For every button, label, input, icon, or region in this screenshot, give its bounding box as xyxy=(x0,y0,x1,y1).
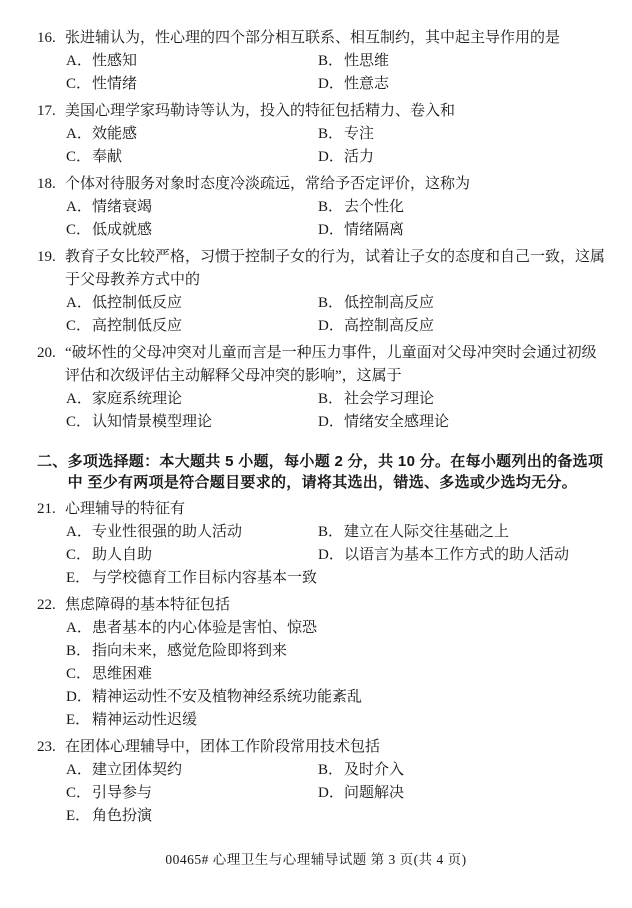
option-18-c: C．低成就感 xyxy=(66,219,318,242)
option-23-c: C．引导参与 xyxy=(66,782,318,805)
question-20: 20. “破坏性的父母冲突对儿童而言是一种压力事件，儿童面对父母冲突时会通过初级… xyxy=(37,342,607,434)
option-text: 情绪安全感理论 xyxy=(344,411,607,434)
question-number: 16. xyxy=(37,27,65,50)
page-footer: 00465# 心理卫生与心理辅导试题 第 3 页(共 4 页) xyxy=(0,848,632,868)
option-18-a: A．情绪衰竭 xyxy=(66,196,318,219)
options-list: A．患者基本的内心体验是害怕、惊恐 B．指向未来，感觉危险即将到来 C．思维困难… xyxy=(66,617,607,732)
option-22-b: B．指向未来，感觉危险即将到来 xyxy=(66,640,607,663)
option-text: 及时介入 xyxy=(344,759,607,782)
option-text: 专注 xyxy=(344,123,607,146)
option-text: 建立在人际交往基础之上 xyxy=(344,521,607,544)
option-label: B． xyxy=(318,759,344,782)
option-text: 高控制高反应 xyxy=(344,315,607,338)
question-number: 23. xyxy=(37,736,65,759)
options-list: A．情绪衰竭 B．去个性化 C．低成就感 D．情绪隔离 xyxy=(66,196,607,242)
option-label: A． xyxy=(66,123,92,146)
option-text: 精神运动性不安及植物神经系统功能紊乱 xyxy=(92,686,607,709)
option-21-d: D．以语言为基本工作方式的助人活动 xyxy=(318,544,607,567)
options-list: A．低控制低反应 B．低控制高反应 C．高控制低反应 D．高控制高反应 xyxy=(66,292,607,338)
option-21-b: B．建立在人际交往基础之上 xyxy=(318,521,607,544)
option-label: D． xyxy=(66,686,92,709)
options-list: A．家庭系统理论 B．社会学习理论 C．认知情景模型理论 D．情绪安全感理论 xyxy=(66,388,607,434)
option-23-b: B．及时介入 xyxy=(318,759,607,782)
option-21-c: C．助人自助 xyxy=(66,544,318,567)
option-text: 专业性很强的助人活动 xyxy=(92,521,318,544)
option-label: B． xyxy=(318,123,344,146)
question-23: 23. 在团体心理辅导中，团体工作阶段常用技术包括 A．建立团体契约 B．及时介… xyxy=(37,736,607,828)
question-stem: 19. 教育子女比较严格，习惯于控制子女的行为，试着让子女的态度和自己一致，这属… xyxy=(37,246,607,292)
option-text: 建立团体契约 xyxy=(92,759,318,782)
option-label: D． xyxy=(318,146,344,169)
exam-page: 16. 张进辅认为，性心理的四个部分相互联系、相互制约，其中起主导作用的是 A．… xyxy=(0,0,632,908)
question-21: 21. 心理辅导的特征有 A．专业性很强的助人活动 B．建立在人际交往基础之上 … xyxy=(37,498,607,590)
option-label: E． xyxy=(66,805,92,828)
question-text: 美国心理学家玛勒诗等认为，投入的特征包括精力、卷入和 xyxy=(65,100,607,123)
option-label: D． xyxy=(318,219,344,242)
option-22-a: A．患者基本的内心体验是害怕、惊恐 xyxy=(66,617,607,640)
question-number: 18. xyxy=(37,173,65,196)
option-17-b: B．专注 xyxy=(318,123,607,146)
option-label: A． xyxy=(66,292,92,315)
option-23-a: A．建立团体契约 xyxy=(66,759,318,782)
question-stem: 16. 张进辅认为，性心理的四个部分相互联系、相互制约，其中起主导作用的是 xyxy=(37,27,607,50)
option-text: 助人自助 xyxy=(92,544,318,567)
option-18-d: D．情绪隔离 xyxy=(318,219,607,242)
option-text: 活力 xyxy=(344,146,607,169)
question-stem: 23. 在团体心理辅导中，团体工作阶段常用技术包括 xyxy=(37,736,607,759)
options-list: A．专业性很强的助人活动 B．建立在人际交往基础之上 C．助人自助 D．以语言为… xyxy=(66,521,607,590)
option-text: 角色扮演 xyxy=(92,805,607,828)
option-20-c: C．认知情景模型理论 xyxy=(66,411,318,434)
question-text: 教育子女比较严格，习惯于控制子女的行为，试着让子女的态度和自己一致，这属于父母教… xyxy=(65,246,607,292)
option-16-b: B．性思维 xyxy=(318,50,607,73)
option-label: D． xyxy=(318,782,344,805)
question-number: 17. xyxy=(37,100,65,123)
option-label: E． xyxy=(66,567,92,590)
question-text: 心理辅导的特征有 xyxy=(65,498,607,521)
option-16-c: C．性情绪 xyxy=(66,73,318,96)
section-instructions-line2: 至少有两项是符合题目要求的，请将其选出，错选、多选或少选均无分。 xyxy=(87,474,577,491)
option-16-d: D．性意志 xyxy=(318,73,607,96)
option-text: 社会学习理论 xyxy=(344,388,607,411)
option-label: B． xyxy=(318,196,344,219)
option-label: B． xyxy=(66,640,92,663)
option-text: 性意志 xyxy=(344,73,607,96)
option-label: B． xyxy=(318,388,344,411)
option-23-d: D．问题解决 xyxy=(318,782,607,805)
option-label: B． xyxy=(318,292,344,315)
option-label: C． xyxy=(66,544,92,567)
option-19-c: C．高控制低反应 xyxy=(66,315,318,338)
option-label: E． xyxy=(66,709,92,732)
option-text: 指向未来，感觉危险即将到来 xyxy=(92,640,607,663)
question-text: 在团体心理辅导中，团体工作阶段常用技术包括 xyxy=(65,736,607,759)
option-label: A． xyxy=(66,617,92,640)
section-2-heading: 二、 多项选择题：本大题共 5 小题，每小题 2 分，共 10 分。在每小题列出… xyxy=(37,451,607,493)
option-text: 效能感 xyxy=(92,123,318,146)
option-text: 高控制低反应 xyxy=(92,315,318,338)
option-text: 以语言为基本工作方式的助人活动 xyxy=(344,544,607,567)
question-16: 16. 张进辅认为，性心理的四个部分相互联系、相互制约，其中起主导作用的是 A．… xyxy=(37,27,607,96)
option-21-e: E．与学校德育工作目标内容基本一致 xyxy=(66,567,607,590)
question-stem: 18. 个体对待服务对象时态度冷淡疏远，常给予否定评价，这称为 xyxy=(37,173,607,196)
question-number: 21. xyxy=(37,498,65,521)
option-text: 性思维 xyxy=(344,50,607,73)
option-18-b: B．去个性化 xyxy=(318,196,607,219)
option-22-d: D．精神运动性不安及植物神经系统功能紊乱 xyxy=(66,686,607,709)
options-list: A．性感知 B．性思维 C．性情绪 D．性意志 xyxy=(66,50,607,96)
option-label: A． xyxy=(66,50,92,73)
option-text: 去个性化 xyxy=(344,196,607,219)
option-text: 认知情景模型理论 xyxy=(92,411,318,434)
option-20-b: B．社会学习理论 xyxy=(318,388,607,411)
question-text: 张进辅认为，性心理的四个部分相互联系、相互制约，其中起主导作用的是 xyxy=(65,27,607,50)
option-text: 精神运动性迟缓 xyxy=(92,709,607,732)
option-text: 低控制低反应 xyxy=(92,292,318,315)
question-stem: 21. 心理辅导的特征有 xyxy=(37,498,607,521)
question-18: 18. 个体对待服务对象时态度冷淡疏远，常给予否定评价，这称为 A．情绪衰竭 B… xyxy=(37,173,607,242)
option-20-a: A．家庭系统理论 xyxy=(66,388,318,411)
option-19-b: B．低控制高反应 xyxy=(318,292,607,315)
question-number: 22. xyxy=(37,594,65,617)
question-stem: 20. “破坏性的父母冲突对儿童而言是一种压力事件，儿童面对父母冲突时会通过初级… xyxy=(37,342,607,388)
option-20-d: D．情绪安全感理论 xyxy=(318,411,607,434)
section-number: 二、 xyxy=(37,451,68,493)
option-text: 奉献 xyxy=(92,146,318,169)
option-label: C． xyxy=(66,73,92,96)
option-text: 家庭系统理论 xyxy=(92,388,318,411)
option-22-c: C．思维困难 xyxy=(66,663,607,686)
option-label: A． xyxy=(66,759,92,782)
question-19: 19. 教育子女比较严格，习惯于控制子女的行为，试着让子女的态度和自己一致，这属… xyxy=(37,246,607,338)
question-stem: 17. 美国心理学家玛勒诗等认为，投入的特征包括精力、卷入和 xyxy=(37,100,607,123)
option-label: A． xyxy=(66,388,92,411)
option-label: C． xyxy=(66,219,92,242)
question-number: 20. xyxy=(37,342,65,388)
option-19-a: A．低控制低反应 xyxy=(66,292,318,315)
option-label: D． xyxy=(318,544,344,567)
option-19-d: D．高控制高反应 xyxy=(318,315,607,338)
question-number: 19. xyxy=(37,246,65,292)
option-label: C． xyxy=(66,315,92,338)
option-text: 与学校德育工作目标内容基本一致 xyxy=(92,567,607,590)
option-label: C． xyxy=(66,411,92,434)
question-text: 焦虑障碍的基本特征包括 xyxy=(65,594,607,617)
option-text: 低控制高反应 xyxy=(344,292,607,315)
option-17-d: D．活力 xyxy=(318,146,607,169)
question-text: 个体对待服务对象时态度冷淡疏远，常给予否定评价，这称为 xyxy=(65,173,607,196)
option-16-a: A．性感知 xyxy=(66,50,318,73)
option-17-a: A．效能感 xyxy=(66,123,318,146)
option-label: D． xyxy=(318,315,344,338)
option-label: A． xyxy=(66,196,92,219)
option-text: 问题解决 xyxy=(344,782,607,805)
option-label: C． xyxy=(66,782,92,805)
option-text: 引导参与 xyxy=(92,782,318,805)
question-22: 22. 焦虑障碍的基本特征包括 A．患者基本的内心体验是害怕、惊恐 B．指向未来… xyxy=(37,594,607,732)
option-label: D． xyxy=(318,411,344,434)
option-17-c: C．奉献 xyxy=(66,146,318,169)
question-text: “破坏性的父母冲突对儿童而言是一种压力事件，儿童面对父母冲突时会通过初级评估和次… xyxy=(65,342,607,388)
option-23-e: E．角色扮演 xyxy=(66,805,607,828)
footer-text: 00465# 心理卫生与心理辅导试题 第 3 页(共 4 页) xyxy=(165,852,466,867)
option-text: 情绪衰竭 xyxy=(92,196,318,219)
option-text: 性感知 xyxy=(92,50,318,73)
option-label: C． xyxy=(66,146,92,169)
option-text: 患者基本的内心体验是害怕、惊恐 xyxy=(92,617,607,640)
question-17: 17. 美国心理学家玛勒诗等认为，投入的特征包括精力、卷入和 A．效能感 B．专… xyxy=(37,100,607,169)
option-21-a: A．专业性很强的助人活动 xyxy=(66,521,318,544)
section-instructions: 多项选择题：本大题共 5 小题，每小题 2 分，共 10 分。在每小题列出的备选… xyxy=(68,451,607,493)
option-text: 情绪隔离 xyxy=(344,219,607,242)
option-label: B． xyxy=(318,521,344,544)
option-22-e: E．精神运动性迟缓 xyxy=(66,709,607,732)
option-label: A． xyxy=(66,521,92,544)
options-list: A．建立团体契约 B．及时介入 C．引导参与 D．问题解决 E．角色扮演 xyxy=(66,759,607,828)
option-label: B． xyxy=(318,50,344,73)
question-stem: 22. 焦虑障碍的基本特征包括 xyxy=(37,594,607,617)
option-label: C． xyxy=(66,663,92,686)
options-list: A．效能感 B．专注 C．奉献 D．活力 xyxy=(66,123,607,169)
option-label: D． xyxy=(318,73,344,96)
option-text: 思维困难 xyxy=(92,663,607,686)
option-text: 性情绪 xyxy=(92,73,318,96)
option-text: 低成就感 xyxy=(92,219,318,242)
